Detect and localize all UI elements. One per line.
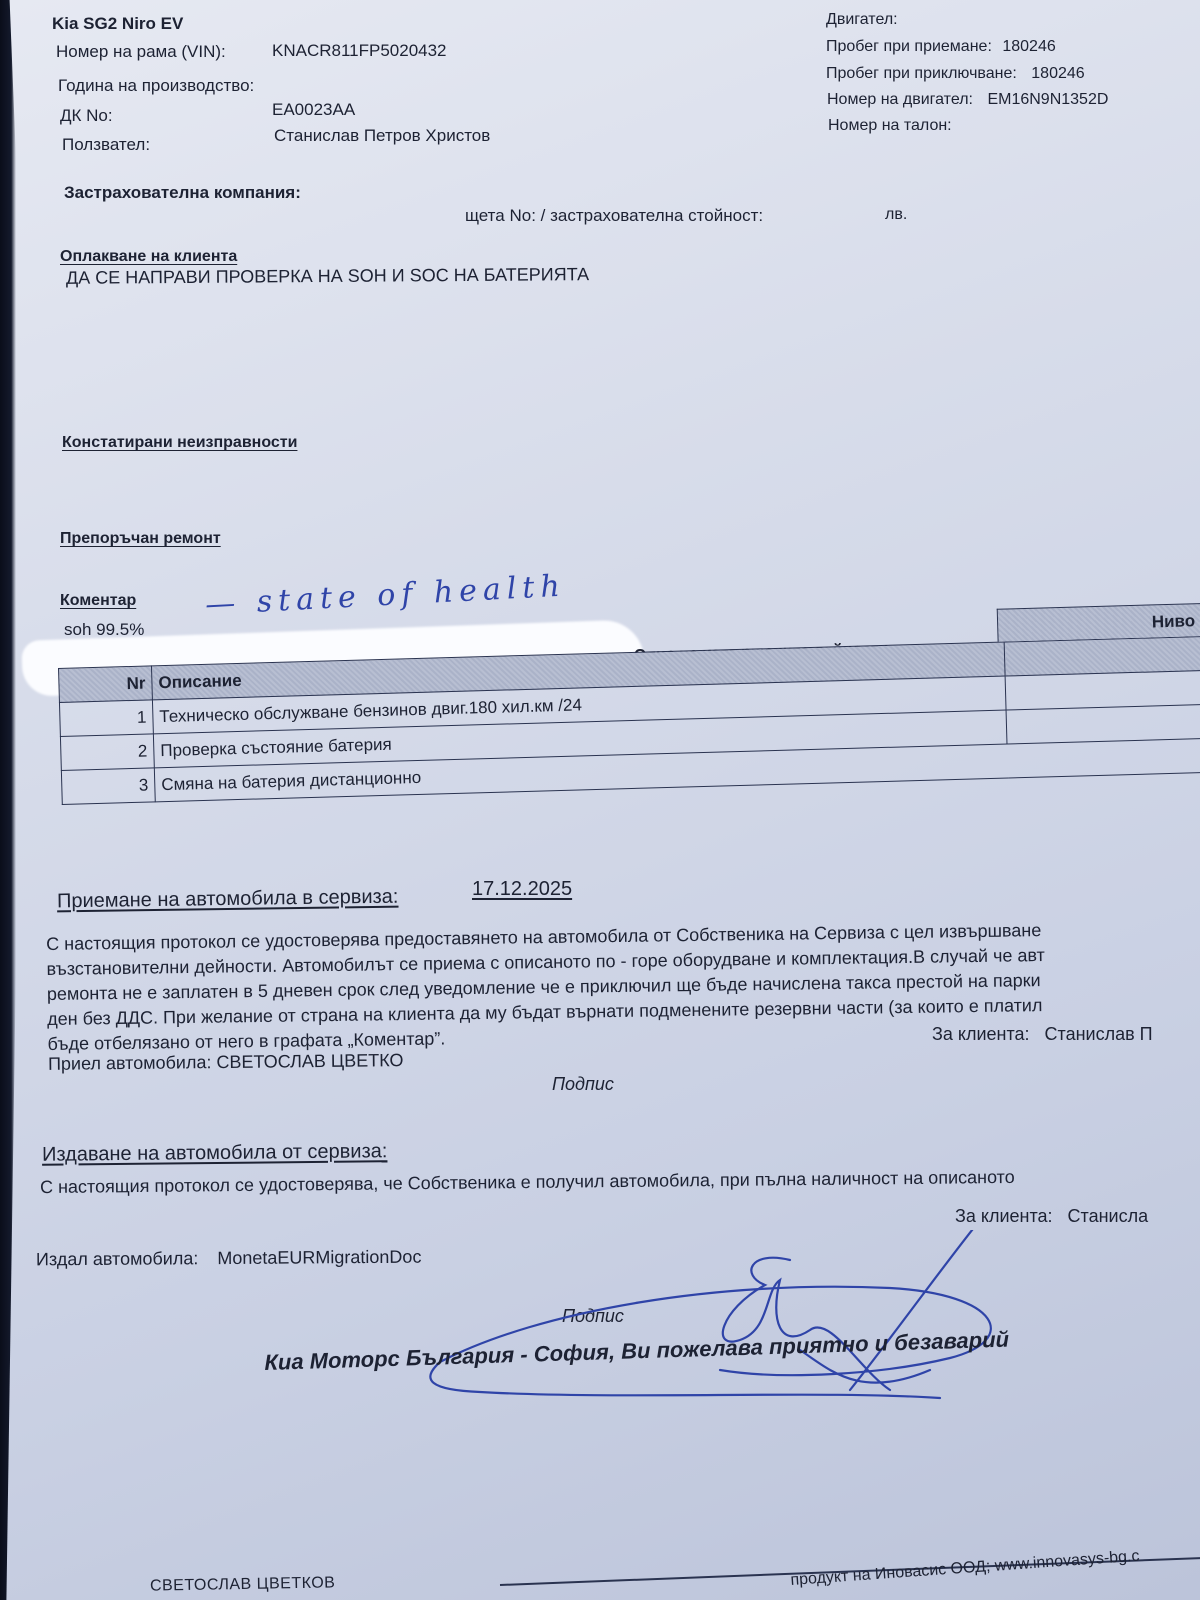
vehicle-model: Kia SG2 Niro EV xyxy=(52,14,183,34)
user-label: Ползвател: xyxy=(62,135,150,155)
mileage-in-label: Пробег при приемане: xyxy=(826,38,992,55)
footer-software: продукт на Иновасис ООД; www.innovasys-b… xyxy=(790,1548,1140,1590)
comment-label: Коментар xyxy=(60,592,136,610)
reception-label: Приемане на автомобила в сервиза: xyxy=(57,886,399,914)
mileage-in-value: 180246 xyxy=(1002,38,1055,55)
reception-client-name: Станислав П xyxy=(1045,1024,1153,1044)
engine-no-label: Номер на двигател: xyxy=(827,91,973,108)
reg-label: ДК No: xyxy=(60,106,113,126)
column-header-blank xyxy=(1004,636,1200,676)
issued-by: Издал автомобила: MonetaEURMigrationDoc xyxy=(36,1247,422,1271)
row-level xyxy=(1006,704,1200,744)
reception-client: За клиента: Станислав П xyxy=(932,1024,1153,1045)
vin-label: Номер на рама (VIN): xyxy=(56,42,226,62)
row-nr: 3 xyxy=(61,768,155,805)
row-level xyxy=(1005,670,1200,710)
claim-line: щета No: / застрахователна стойност: xyxy=(465,206,763,226)
handwritten-note: — state of health xyxy=(204,569,566,623)
findings-label: Констатирани неизправности xyxy=(62,434,297,452)
insurance-company-label: Застрахователна компания: xyxy=(64,183,301,203)
engine-no-value: EM16N9N1352D xyxy=(987,91,1108,108)
received-by-name: СВЕТОСЛАВ ЦВЕТКО xyxy=(216,1050,403,1072)
release-label: Издаване на автомобила от сервиза: xyxy=(42,1140,388,1167)
issued-by-label: Издал автомобила: xyxy=(36,1248,198,1269)
release-client-label: За клиента: xyxy=(955,1206,1053,1226)
mileage-out-value: 180246 xyxy=(1031,65,1084,82)
issued-by-name: MonetaEURMigrationDoc xyxy=(217,1247,421,1268)
row-nr: 1 xyxy=(59,700,153,737)
reception-paragraph: С настоящия протокол се удостоверява пре… xyxy=(46,918,1046,1057)
mileage-in: Пробег при приемане: 180246 xyxy=(826,38,1056,56)
mileage-out-label: Пробег при приключване: xyxy=(826,65,1017,82)
talon-label: Номер на талон: xyxy=(828,117,952,135)
photo-dark-edge xyxy=(0,0,16,1600)
column-header-nr: Nr xyxy=(59,666,153,703)
footer-prepared-by: СВЕТОСЛАВ ЦВЕТКОВ xyxy=(150,1574,336,1595)
reception-client-label: За клиента: xyxy=(932,1024,1030,1044)
complaint-text: ДА СЕ НАПРАВИ ПРОВЕРКА НА SOH И SOC НА Б… xyxy=(66,264,589,289)
vin-value: KNACR811FP5020432 xyxy=(272,41,447,61)
row-nr: 2 xyxy=(60,734,154,771)
year-label: Година на производство: xyxy=(58,76,254,96)
reception-signature-label: Подпис xyxy=(552,1074,614,1095)
reg-value: EA0023AA xyxy=(272,100,355,120)
reception-date: 17.12.2025 xyxy=(472,878,572,901)
user-value: Станислав Петров Христов xyxy=(274,126,490,146)
complaint-label: Оплакване на клиента xyxy=(60,248,237,266)
column-header-level: Ниво н xyxy=(997,603,1200,642)
engine-no: Номер на двигател: EM16N9N1352D xyxy=(827,91,1108,109)
release-text: С настоящия протокол се удостоверява, че… xyxy=(40,1167,1015,1198)
received-by-label: Приел автомобила: xyxy=(48,1052,212,1074)
release-client: За клиента: Станисла xyxy=(955,1206,1148,1227)
release-client-name: Станисла xyxy=(1068,1206,1149,1226)
mileage-out: Пробег при приключване: 180246 xyxy=(826,65,1085,83)
currency: лв. xyxy=(885,206,907,224)
received-by: Приел автомобила: СВЕТОСЛАВ ЦВЕТКО xyxy=(48,1050,404,1075)
engine-label: Двигател: xyxy=(826,11,898,29)
recommended-label: Препоръчан ремонт xyxy=(60,530,221,548)
